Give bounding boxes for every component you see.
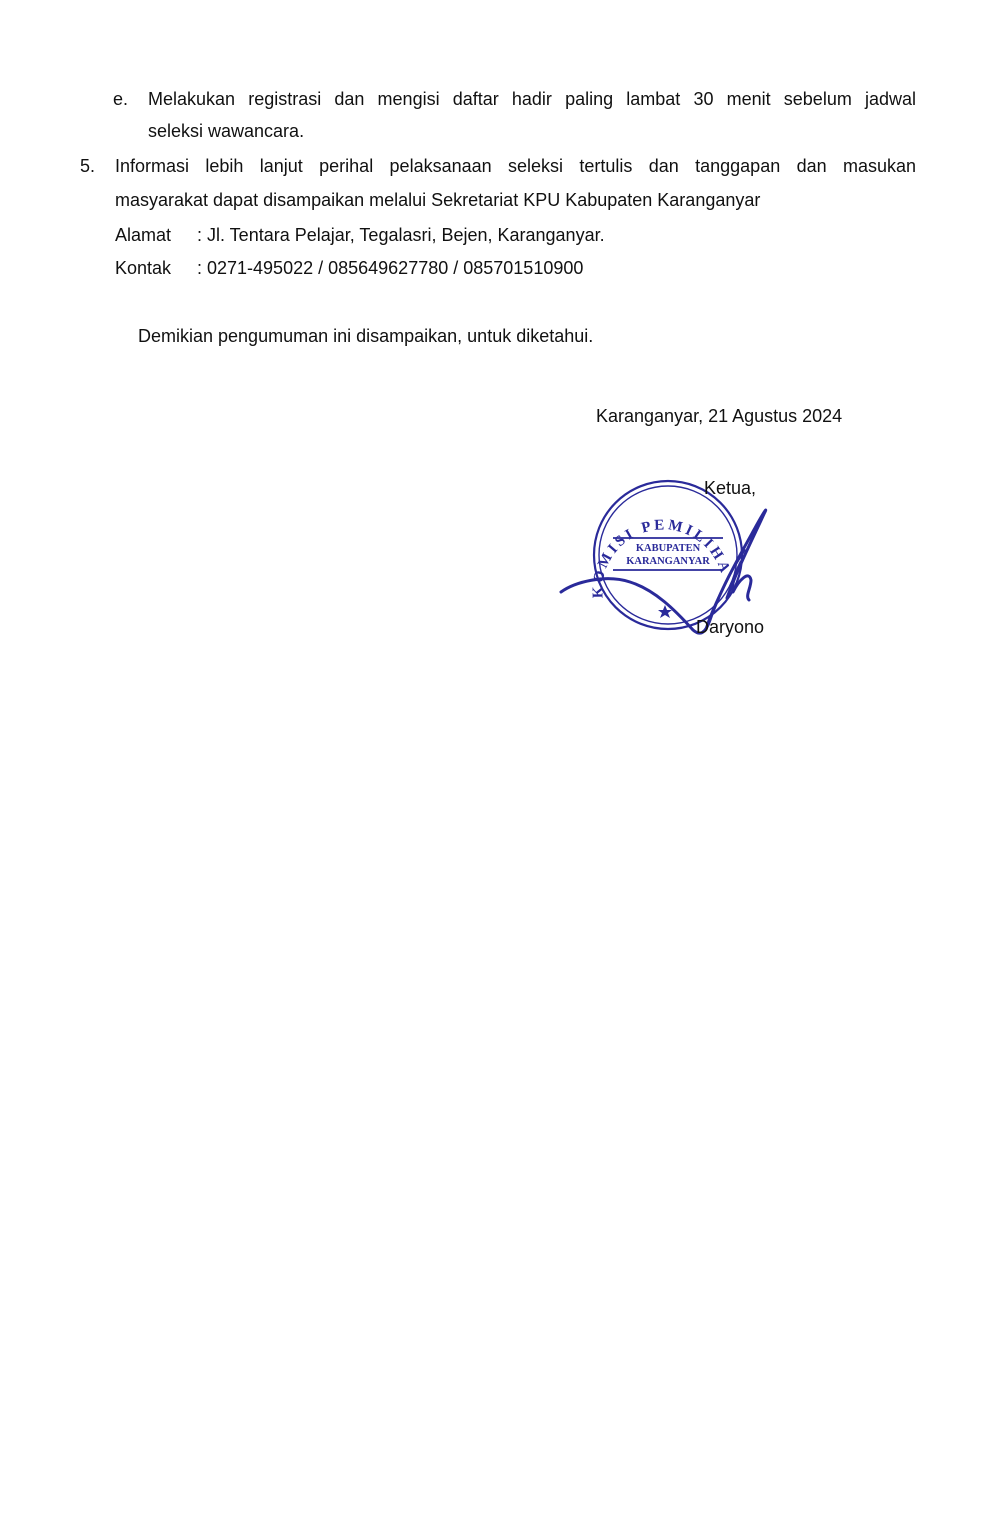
closing-statement: Demikian pengumuman ini disampaikan, unt… bbox=[138, 325, 593, 347]
item-e-line1: Melakukan registrasi dan mengisi daftar … bbox=[148, 88, 916, 110]
signatory-name: Daryono bbox=[696, 616, 764, 638]
stamp-center-line2: KARANGANYAR bbox=[626, 556, 710, 567]
item-5-line2: masyarakat dapat disampaikan melalui Sek… bbox=[115, 189, 760, 211]
contact-value: : 0271-495022 / 085649627780 / 085701510… bbox=[197, 258, 583, 278]
contact-label: Kontak bbox=[115, 257, 197, 279]
address-label: Alamat bbox=[115, 224, 197, 246]
item-e-marker: e. bbox=[113, 88, 128, 110]
stamp-center-line1: KABUPATEN bbox=[636, 543, 701, 554]
item-5-line1: Informasi lebih lanjut perihal pelaksana… bbox=[115, 155, 916, 177]
item-5-marker: 5. bbox=[80, 155, 95, 177]
contact-row: Kontak: 0271-495022 / 085649627780 / 085… bbox=[115, 257, 583, 279]
place-date: Karanganyar, 21 Agustus 2024 bbox=[596, 405, 842, 427]
address-value: : Jl. Tentara Pelajar, Tegalasri, Bejen,… bbox=[197, 225, 605, 245]
address-row: Alamat: Jl. Tentara Pelajar, Tegalasri, … bbox=[115, 224, 605, 246]
signatory-position: Ketua, bbox=[704, 477, 756, 499]
item-e-line2: seleksi wawancara. bbox=[148, 120, 304, 142]
